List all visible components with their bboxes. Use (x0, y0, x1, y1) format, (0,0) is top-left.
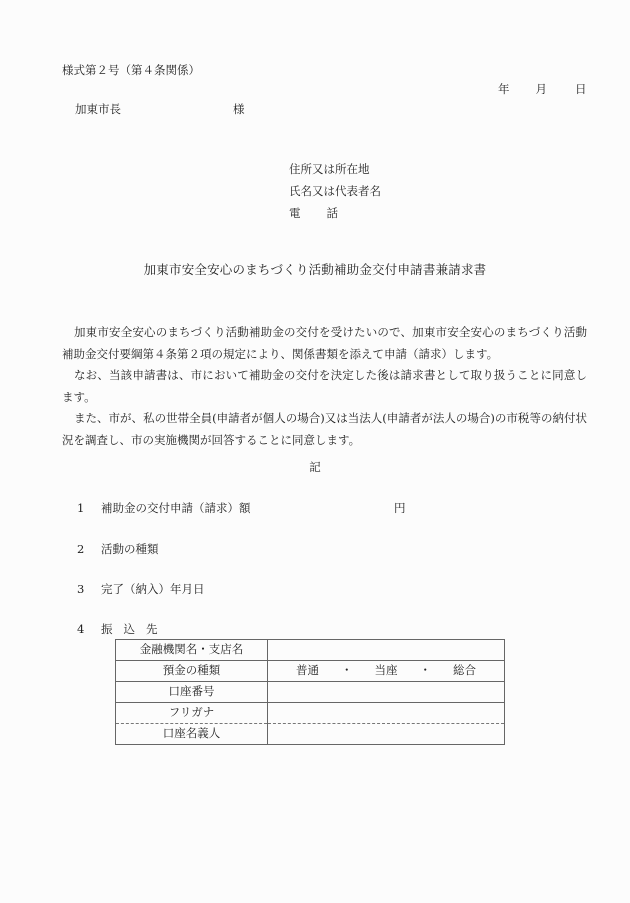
account-holder-label: 口座名義人 (116, 724, 268, 745)
furigana-label: フリガナ (116, 703, 268, 724)
honorific: 様 (233, 104, 245, 116)
form-number: 様式第２号（第４条関係） (62, 65, 200, 77)
option-sogo[interactable]: 総合 (453, 665, 476, 677)
account-holder-field[interactable] (268, 724, 505, 745)
option-futsu[interactable]: 普通 (296, 665, 319, 677)
date-day-label: 日 (575, 84, 587, 96)
account-number-label: 口座番号 (116, 682, 268, 703)
option-toza[interactable]: 当座 (375, 665, 398, 677)
ki-heading: 記 (0, 462, 630, 474)
table-row-furigana: フリガナ (116, 703, 505, 724)
date-month-label: 月 (536, 84, 548, 96)
name-label: 氏名又は代表者名 (289, 186, 381, 208)
item-completion-date: 3完了（納入）年月日 (77, 584, 205, 596)
table-row-deposit-type: 預金の種類 普通・当座・総合 (116, 661, 505, 682)
account-number-field[interactable] (268, 682, 505, 703)
item-activity-type: 2活動の種類 (77, 544, 159, 556)
item-subsidy-amount: 1補助金の交付申請（請求）額 円 (77, 503, 251, 515)
item-label: 完了（納入）年月日 (101, 582, 205, 596)
applicant-block: 住所又は所在地 氏名又は代表者名 電話 (289, 164, 381, 230)
document-title: 加東市安全安心のまちづくり活動補助金交付申請書兼請求書 (0, 264, 630, 277)
paragraph-tax-consent: また、市が、私の世帯全員(申請者が個人の場合)又は当法人(申請者が法人の場合)の… (62, 408, 587, 451)
deposit-type-options[interactable]: 普通・当座・総合 (268, 661, 505, 682)
yen-unit: 円 (394, 503, 406, 515)
addressee: 加東市長 様 (75, 104, 121, 116)
paragraph-invoice-consent: なお、当該申請書は、市において補助金の交付を決定した後は請求書として取り扱うこと… (62, 365, 587, 408)
paragraph-application: 加東市安全安心のまちづくり活動補助金の交付を受けたいので、加東市安全安心のまちづ… (62, 322, 587, 365)
date-year-label: 年 (498, 84, 510, 96)
bank-account-table: 金融機関名・支店名 預金の種類 普通・当座・総合 口座番号 フリガナ 口座名義人 (115, 639, 505, 745)
table-row-account-number: 口座番号 (116, 682, 505, 703)
bank-name-field[interactable] (268, 640, 505, 661)
phone-label: 電話 (289, 208, 381, 230)
body-text: 加東市安全安心のまちづくり活動補助金の交付を受けたいので、加東市安全安心のまちづ… (62, 322, 587, 451)
addressee-name: 加東市長 (75, 102, 121, 116)
item-label: 補助金の交付申請（請求）額 (101, 501, 251, 515)
date-line: 年月日 (498, 84, 587, 96)
address-label: 住所又は所在地 (289, 164, 381, 186)
item-label: 活動の種類 (101, 542, 159, 556)
table-row-account-holder: 口座名義人 (116, 724, 505, 745)
item-label: 振込先 (101, 622, 169, 636)
bank-name-label: 金融機関名・支店名 (116, 640, 268, 661)
item-transfer-destination: 4振込先 (77, 624, 169, 636)
table-row-bank-name: 金融機関名・支店名 (116, 640, 505, 661)
furigana-field[interactable] (268, 703, 505, 724)
deposit-type-label: 預金の種類 (116, 661, 268, 682)
